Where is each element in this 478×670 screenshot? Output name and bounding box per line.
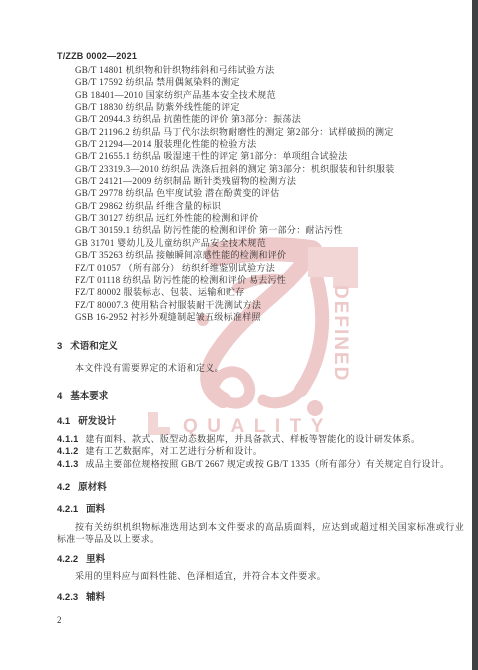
section-design-heading: 4.1研发设计 — [57, 413, 116, 427]
section-number: 4.2 — [57, 482, 70, 493]
reference-line: GB/T 20944.3 纺织品 抗菌性能的评价 第3部分：振荡法 — [75, 113, 395, 125]
fabric-body: 按有关纺织机织物标准选用达到本文件要求的高品质面料，应达到或超过相关国家标准或行… — [57, 522, 464, 546]
references-list: GB/T 14801 机织物和针织物纬斜和弓纬试验方法GB/T 17592 纺织… — [75, 64, 395, 323]
reference-line: GB/T 14801 机织物和针织物纬斜和弓纬试验方法 — [75, 64, 395, 76]
section-lining-heading: 4.2.2里料 — [57, 551, 105, 565]
reference-line: GB/T 24121—2009 纺织制品 断针类残留物的检测方法 — [75, 175, 395, 187]
lining-body: 采用的里料应与面料性能、色泽相适宜，并符合本文件要求。 — [57, 571, 464, 583]
section-number: 4.2.3 — [57, 592, 78, 603]
section-title: 术语和定义 — [70, 341, 118, 352]
clause-line: 4.1.2建有工艺数据库，对工艺进行分析和设计。 — [57, 445, 449, 457]
document-page: T/ZZB 0002—2021 GB/T 14801 机织物和针织物纬斜和弓纬试… — [0, 0, 478, 670]
section-title: 基本要求 — [70, 391, 108, 402]
reference-line: FZ/T 01118 纺织品 防污性能的检测和评价 易去污性 — [75, 274, 395, 286]
section-title: 辅料 — [86, 592, 105, 603]
section-title: 面料 — [86, 504, 105, 515]
reference-line: GB/T 23319.3—2010 纺织品 洗涤后扭斜的测定 第3部分：机织服装… — [75, 163, 395, 175]
section-terms-heading: 3术语和定义 — [57, 338, 118, 352]
reference-line: GB/T 21655.1 纺织品 吸湿速干性的评定 第1部分：单项组合试验法 — [75, 150, 395, 162]
clause-number: 4.1.3 — [57, 459, 79, 469]
reference-line: GB/T 30159.1 纺织品 防污性能的检测和评价 第一部分：耐沾污性 — [75, 224, 395, 236]
section-accessories-heading: 4.2.3辅料 — [57, 589, 105, 603]
clause-text: 成品主要部位规格按照 GB/T 2667 规定或按 GB/T 1335（所有部分… — [86, 459, 450, 469]
section-number: 4.1 — [57, 416, 70, 427]
reference-line: GB/T 30127 纺织品 远红外性能的检测和评价 — [75, 212, 395, 224]
section-title: 研发设计 — [78, 416, 116, 427]
reference-line: FZ/T 01057 （所有部分） 纺织纤维鉴别试验方法 — [75, 262, 395, 274]
section-number: 4 — [57, 391, 62, 402]
clause-text: 建有工艺数据库，对工艺进行分析和设计。 — [86, 446, 263, 456]
reference-line: GB/T 17592 纺织品 禁用偶氮染料的测定 — [75, 76, 395, 88]
reference-line: GSB 16-2952 衬衫外观缝制起皱五级标准样照 — [75, 311, 395, 323]
terms-body: 本文件没有需要界定的术语和定义。 — [57, 363, 464, 375]
reference-line: GB/T 29778 纺织品 色牢度试验 潜在酚黄变的评估 — [75, 187, 395, 199]
section-number: 3 — [57, 341, 62, 352]
reference-line: GB/T 18830 纺织品 防紫外线性能的评定 — [75, 101, 395, 113]
reference-line: GB/T 21294—2014 服装理化性能的检验方法 — [75, 138, 395, 150]
document-standard-number: T/ZZB 0002—2021 — [57, 51, 137, 61]
reference-line: GB/T 35263 纺织品 接触瞬间凉感性能的检测和评价 — [75, 249, 395, 261]
reference-line: GB/T 21196.2 纺织品 马丁代尔法织物耐磨性的测定 第2部分：试样破损… — [75, 126, 395, 138]
reference-line: GB 31701 婴幼儿及儿童纺织产品安全技术规范 — [75, 237, 395, 249]
clause-line: 4.1.3成品主要部位规格按照 GB/T 2667 规定或按 GB/T 1335… — [57, 458, 449, 470]
section-materials-heading: 4.2原材料 — [57, 479, 107, 493]
clause-number: 4.1.1 — [57, 434, 79, 444]
clause-line: 4.1.1建有面料、款式、版型动态数据库，并具备款式、样板等智能化的设计研发体系… — [57, 433, 449, 445]
section-title: 原材料 — [78, 482, 107, 493]
reference-line: GB/T 29862 纺织品 纤维含量的标识 — [75, 200, 395, 212]
clause-number: 4.1.2 — [57, 446, 79, 456]
design-clauses: 4.1.1建有面料、款式、版型动态数据库，并具备款式、样板等智能化的设计研发体系… — [57, 433, 449, 470]
reference-line: GB 18401—2010 国家纺织产品基本安全技术规范 — [75, 89, 395, 101]
page-number: 2 — [57, 615, 62, 625]
reference-line: FZ/T 80007.3 使用粘合衬服装耐干洗测试方法 — [75, 299, 395, 311]
clause-text: 建有面料、款式、版型动态数据库，并具备款式、样板等智能化的设计研发体系。 — [86, 434, 421, 444]
reference-line: FZ/T 80002 服装标志、包装、运输和贮存 — [75, 286, 395, 298]
section-number: 4.2.2 — [57, 554, 78, 565]
section-title: 里料 — [86, 554, 105, 565]
section-requirements-heading: 4基本要求 — [57, 388, 108, 402]
section-fabric-heading: 4.2.1面料 — [57, 501, 105, 515]
section-number: 4.2.1 — [57, 504, 78, 515]
